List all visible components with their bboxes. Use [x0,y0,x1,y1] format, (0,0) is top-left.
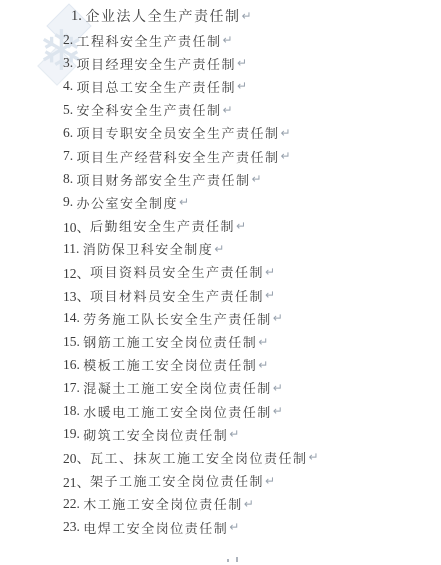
item-number: 13、 [63,285,90,305]
item-number: 23. [63,519,83,535]
list-item: 20、瓦工、抹灰工施工安全岗位责任制↵ [0,446,441,469]
paragraph-mark-icon: ↵ [229,520,239,534]
item-text: 劳务施工队长安全生产责任制 [83,309,272,328]
paragraph-mark-icon: ↵ [179,195,189,209]
list-item: 19. 砌筑工安全岗位责任制↵ [0,423,441,446]
document-page: ❄ 1. 企业法人全生产责任制↵ 2. 工程科安全生产责任制↵ 3. 项目经理安… [0,0,441,565]
paragraph-mark-icon: ↵ [281,126,291,140]
item-number: 9. [63,194,77,210]
item-text: 水暖电工施工安全岗位责任制 [83,402,272,421]
item-number: 8. [63,171,77,187]
item-number: 1. [71,8,86,25]
list-item: 13、项目材料员安全生产责任制↵ [0,284,441,307]
item-number: 16. [63,357,83,373]
responsibility-list: 1. 企业法人全生产责任制↵ 2. 工程科安全生产责任制↵ 3. 项目经理安全生… [0,4,441,539]
list-item: 17. 混凝土工施工安全岗位责任制↵ [0,376,441,399]
item-number: 2. [63,32,77,48]
list-item: 10、后勤组安全生产责任制↵ [0,214,441,237]
list-item: 11. 消防保卫科安全制度↵ [0,237,441,260]
list-item: 6. 项目专职安全员安全生产责任制↵ [0,121,441,144]
item-number: 21、 [63,471,90,491]
item-text: 钢筋工施工安全岗位责任制 [83,332,257,351]
item-number: 4. [63,78,77,94]
list-item: 14. 劳务施工队长安全生产责任制↵ [0,307,441,330]
list-item: 16. 模板工施工安全岗位责任制↵ [0,353,441,376]
list-item: 23. 电焊工安全岗位责任制↵ [0,515,441,538]
item-number: 19. [63,426,83,442]
item-number: 3. [63,55,77,71]
item-text: 架子工施工安全岗位责任制 [90,471,264,490]
item-text: 消防保卫科安全制度 [83,239,214,258]
item-text: 项目经理安全生产责任制 [77,54,237,73]
item-number: 12、 [63,262,90,282]
list-item: 3. 项目经理安全生产责任制↵ [0,52,441,75]
list-item: 12、项目资料员安全生产责任制↵ [0,260,441,283]
item-text: 项目材料员安全生产责任制 [90,286,264,305]
item-text: 模板工施工安全岗位责任制 [83,355,257,374]
paragraph-mark-icon: ↵ [229,427,239,441]
item-number: 14. [63,310,83,326]
item-number: 11. [63,241,83,257]
paragraph-mark-icon: ↵ [258,358,268,372]
list-item: 9. 办公室安全制度↵ [0,191,441,214]
item-text: 项目财务部安全生产责任制 [77,170,251,189]
paragraph-mark-icon: ↵ [236,219,246,233]
paragraph-mark-icon: ↵ [265,265,275,279]
paragraph-mark-icon: ↵ [265,474,275,488]
item-text: 项目资料员安全生产责任制 [90,262,264,281]
list-item: 21、架子工施工安全岗位责任制↵ [0,469,441,492]
list-item: 8. 项目财务部安全生产责任制↵ [0,168,441,191]
item-text: 混凝土工施工安全岗位责任制 [83,378,272,397]
paragraph-mark-icon: ↵ [237,79,247,93]
item-text: 项目专职安全员安全生产责任制 [77,123,280,142]
paragraph-mark-icon: ↵ [223,33,233,47]
paragraph-mark-icon: ↵ [242,9,252,23]
list-item: 15. 钢筋工施工安全岗位责任制↵ [0,330,441,353]
page-bottom-artifact [236,557,238,562]
item-text: 木工施工安全岗位责任制 [83,494,243,513]
paragraph-mark-icon: ↵ [252,172,262,186]
paragraph-mark-icon: ↵ [223,103,233,117]
list-item: 22. 木工施工安全岗位责任制↵ [0,492,441,515]
item-number: 5. [63,102,77,118]
item-number: 18. [63,403,83,419]
item-number: 15. [63,334,83,350]
item-text: 工程科安全生产责任制 [77,31,222,50]
item-number: 20、 [63,447,90,467]
item-text: 电焊工安全岗位责任制 [83,518,228,537]
item-number: 17. [63,380,83,396]
paragraph-mark-icon: ↵ [273,381,283,395]
paragraph-mark-icon: ↵ [273,311,283,325]
paragraph-mark-icon: ↵ [258,335,268,349]
item-number: 22. [63,496,83,512]
list-item: 4. 项目总工安全生产责任制↵ [0,75,441,98]
list-item: 1. 企业法人全生产责任制↵ [0,4,441,29]
item-text: 瓦工、抹灰工施工安全岗位责任制 [90,448,308,467]
paragraph-mark-icon: ↵ [214,242,224,256]
list-item: 5. 安全科安全生产责任制↵ [0,98,441,121]
item-number: 7. [63,148,77,164]
item-text: 后勤组安全生产责任制 [90,216,235,235]
item-number: 10、 [63,216,90,236]
paragraph-mark-icon: ↵ [281,149,291,163]
list-item: 7. 项目生产经营科安全生产责任制↵ [0,144,441,167]
item-text: 项目总工安全生产责任制 [77,77,237,96]
item-text: 安全科安全生产责任制 [77,100,222,119]
paragraph-mark-icon: ↵ [237,56,247,70]
item-text: 砌筑工安全岗位责任制 [83,425,228,444]
item-text: 项目生产经营科安全生产责任制 [77,147,280,166]
paragraph-mark-icon: ↵ [265,288,275,302]
item-text: 办公室安全制度 [77,193,179,212]
item-text: 企业法人全生产责任制 [86,6,241,26]
item-number: 6. [63,125,77,141]
list-item: 2. 工程科安全生产责任制↵ [0,29,441,52]
paragraph-mark-icon: ↵ [309,450,319,464]
paragraph-mark-icon: ↵ [244,497,254,511]
list-item: 18. 水暖电工施工安全岗位责任制↵ [0,400,441,423]
page-bottom-artifact [227,559,229,562]
paragraph-mark-icon: ↵ [273,404,283,418]
